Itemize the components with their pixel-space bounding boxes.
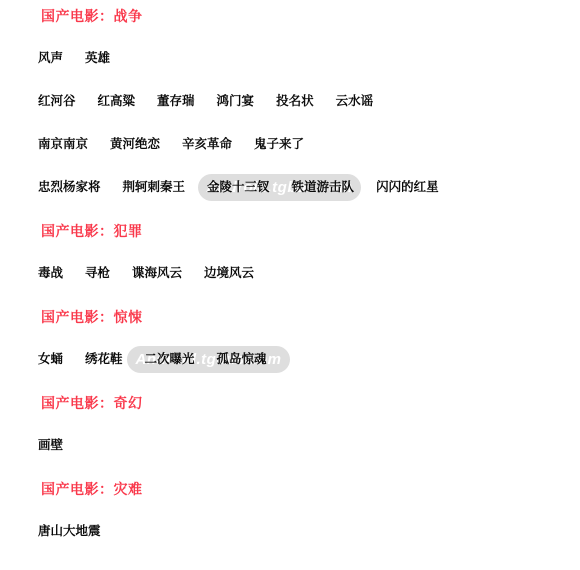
movie-link[interactable]: 谍海风云 <box>132 267 182 280</box>
movie-link[interactable]: 铁道游击队 <box>292 181 355 194</box>
movie-link[interactable]: 边境风云 <box>204 267 254 280</box>
movie-link[interactable]: 鬼子来了 <box>254 138 304 151</box>
movie-link[interactable]: 荆轲刺秦王 <box>123 181 186 194</box>
movie-row: 南京南京黄河绝恋辛亥革命鬼子来了 <box>0 138 580 151</box>
movie-link[interactable]: 毒战 <box>38 267 63 280</box>
movie-link[interactable]: 寻枪 <box>85 267 110 280</box>
movie-link[interactable]: 画壁 <box>38 439 63 452</box>
movie-row: Android.tgbus.com忠烈杨家将荆轲刺秦王金陵十三钗铁道游击队闪闪的… <box>0 181 580 194</box>
movie-link[interactable]: 唐山大地震 <box>38 525 101 538</box>
movie-link[interactable]: 孤岛惊魂 <box>217 353 267 366</box>
movie-link[interactable]: 黄河绝恋 <box>110 138 160 151</box>
movie-link[interactable]: 忠烈杨家将 <box>38 181 101 194</box>
category-heading: 国产电影：惊悚 <box>0 310 580 324</box>
movie-row: 唐山大地震 <box>0 525 580 538</box>
category-heading: 国产电影：战争 <box>0 9 580 23</box>
category-heading: 国产电影：灾难 <box>0 482 580 496</box>
category-heading: 国产电影：奇幻 <box>0 396 580 410</box>
movie-row: Android.tgbus.com女蛹绣花鞋二次曝光孤岛惊魂 <box>0 353 580 366</box>
movie-category-page: 国产电影：战争风声英雄红河谷红高粱董存瑞鸿门宴投名状云水谣南京南京黄河绝恋辛亥革… <box>0 0 580 570</box>
movie-link[interactable]: 闪闪的红星 <box>376 181 439 194</box>
movie-row: 画壁 <box>0 439 580 452</box>
movie-link[interactable]: 辛亥革命 <box>182 138 232 151</box>
section-list: 国产电影：战争风声英雄红河谷红高粱董存瑞鸿门宴投名状云水谣南京南京黄河绝恋辛亥革… <box>0 9 580 538</box>
movie-row: 毒战寻枪谍海风云边境风云 <box>0 267 580 280</box>
movie-link[interactable]: 金陵十三钗 <box>207 181 270 194</box>
movie-link[interactable]: 投名状 <box>276 95 314 108</box>
movie-row: 红河谷红高粱董存瑞鸿门宴投名状云水谣 <box>0 95 580 108</box>
movie-link[interactable]: 董存瑞 <box>157 95 195 108</box>
category-heading: 国产电影：犯罪 <box>0 224 580 238</box>
movie-link[interactable]: 鸿门宴 <box>217 95 255 108</box>
movie-link[interactable]: 红河谷 <box>38 95 76 108</box>
movie-row: 风声英雄 <box>0 52 580 65</box>
movie-link[interactable]: 风声 <box>38 52 63 65</box>
movie-link[interactable]: 二次曝光 <box>145 353 195 366</box>
movie-link[interactable]: 云水谣 <box>336 95 374 108</box>
movie-link[interactable]: 绣花鞋 <box>85 353 123 366</box>
movie-link[interactable]: 女蛹 <box>38 353 63 366</box>
movie-link[interactable]: 红高粱 <box>98 95 136 108</box>
movie-link[interactable]: 南京南京 <box>38 138 88 151</box>
movie-link[interactable]: 英雄 <box>85 52 110 65</box>
